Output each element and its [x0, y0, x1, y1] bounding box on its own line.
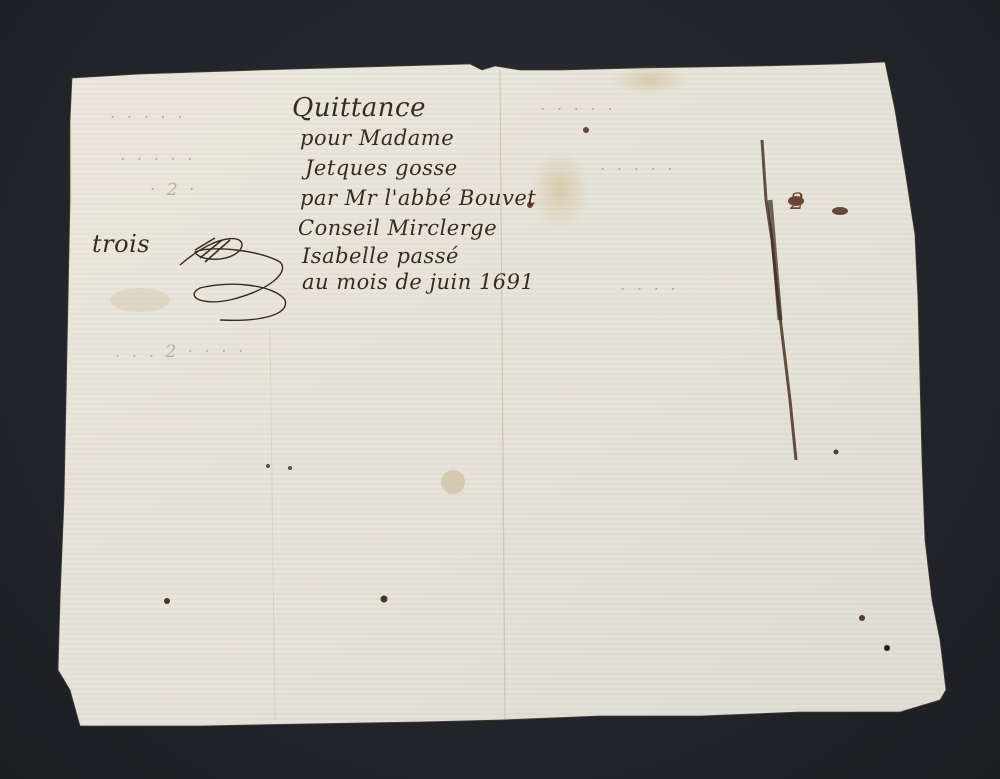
manuscript-document: Quittance pour Madame Jetques gosse par … [0, 0, 1000, 779]
bleed-through-fragment: · 2 · [150, 180, 197, 200]
endorsement-line-4: par Mr l'abbé Bouvet [300, 188, 536, 209]
bleed-through-fragment: · · · · [620, 280, 679, 300]
bleed-through-fragment: · · · · · [540, 100, 616, 120]
bleed-through-fragment: · · · · · [110, 108, 186, 128]
margin-word-trois: trois [92, 232, 150, 256]
bleed-through-fragment: · · · · · [600, 160, 676, 180]
paraph-flourish [190, 240, 191, 241]
endorsement-line-2: pour Madame [300, 128, 454, 149]
endorsement-line-3: Jetques gosse [305, 158, 458, 179]
endorsement-line-7: au mois de juin 1691 [302, 272, 534, 293]
endorsement-line-6: Isabelle passé [302, 246, 459, 267]
right-margin-mark: 2 [790, 190, 805, 215]
bleed-through-fragment: . . . 2 · · · · [115, 342, 246, 362]
bleed-through-fragment: · · · · · [120, 150, 196, 170]
endorsement-line-5: Conseil Mirclerge [298, 218, 497, 239]
endorsement-line-1: Quittance [292, 95, 426, 121]
